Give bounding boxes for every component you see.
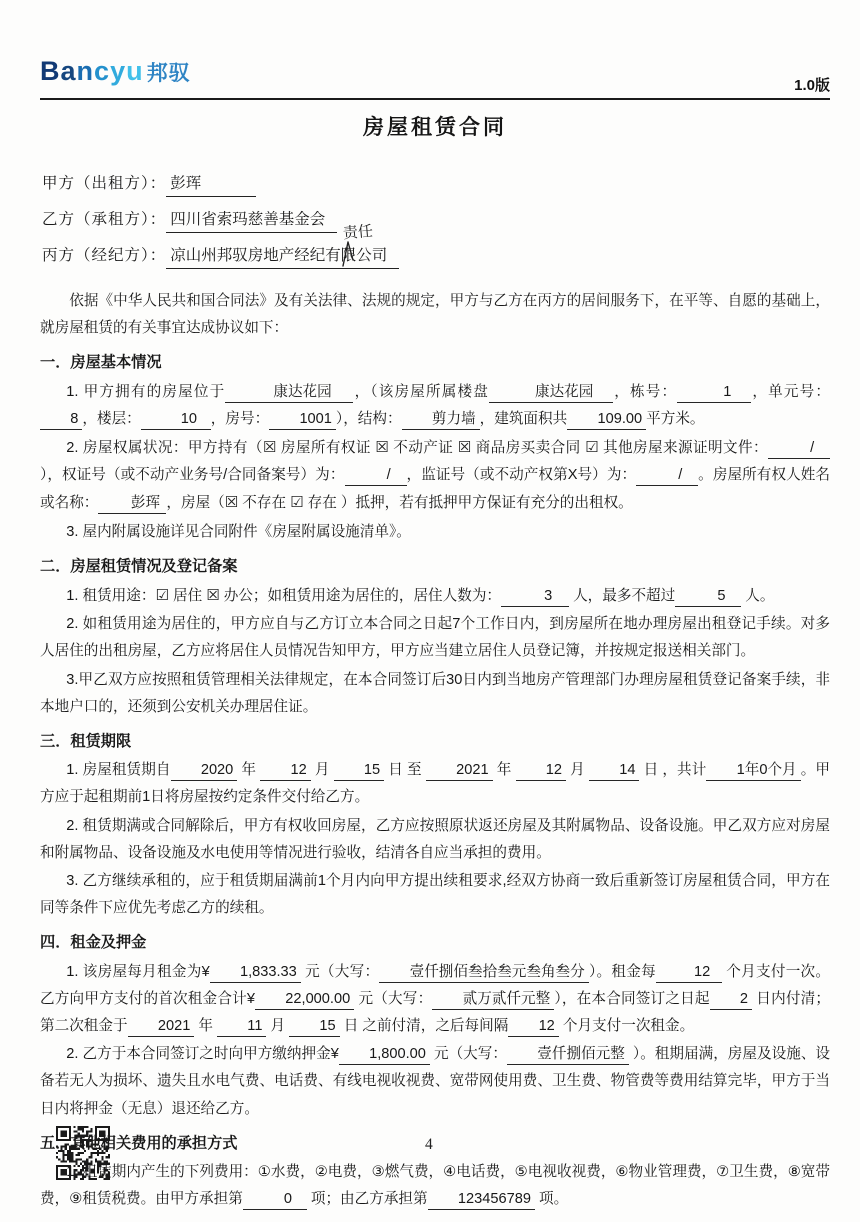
fill-blank: 10 [141,410,211,430]
checkbox-checked-icon: ☑ [155,587,168,604]
brand-logo-latin: Bancyu [40,56,144,86]
brand-letter: a [61,56,77,86]
header-divider [40,98,830,100]
fill-blank: 1 [677,383,751,403]
party-row: 乙方（承租方）：四川省索玛慈善基金会 [42,202,830,238]
fill-blank: 2021 [426,761,493,781]
fill-blank: 2021 [128,1017,195,1037]
fill-blank: 11 [217,1017,266,1037]
sections-block: 一．房屋基本情况1. 甲方拥有的房屋位于康达花园，（该房屋所属楼盘康达花园，栋号… [40,349,830,1213]
fill-blank: 22,000.00 [255,990,354,1010]
fill-blank: 剪力墙 [402,410,480,430]
fill-blank: 3 [501,587,569,607]
handwritten-insertion: 责任 [343,225,374,242]
party-row: 甲方（出租方）：彭珲 [42,166,830,202]
party-value: 彭珲 [166,173,256,197]
brand-logo-cjk: 邦驭 [147,62,191,85]
fill-blank: / [636,466,698,486]
intro-paragraph: 依据《中华人民共和国合同法》及有关法律、法规的规定，甲方与乙方在丙方的居间服务下… [40,288,830,342]
fill-blank: 1001 [269,410,336,430]
version-label: 1.0版 [794,74,830,95]
fill-blank: 109.00 [567,410,646,430]
clause-paragraph: 1. 租赁期内产生的下列费用：①水费，②电费，③燃气费，④电话费，⑤电视收视费，… [40,1159,830,1213]
party-value: 四川省索玛慈善基金会 [166,209,337,233]
page-number: 4 [425,1136,433,1154]
fill-blank: 15 [334,761,385,781]
brand-letter: y [110,56,126,86]
checkbox-crossed-icon: ☒ [375,439,388,456]
fill-blank: 康达花园 [225,383,353,403]
clause-paragraph: 1. 甲方拥有的房屋位于康达花园，（该房屋所属楼盘康达花园，栋号：1，单元号：8… [40,379,830,433]
clause-paragraph: 2. 租赁期满或合同解除后，甲方有权收回房屋，乙方应按照原状返还房屋及其附属物品… [40,813,830,867]
insertion-caret-mark [340,241,355,275]
section-heading: 五．其他相关费用的承担方式 [40,1130,830,1157]
contract-title: 房屋租赁合同 [40,111,830,141]
clause-paragraph: 1. 租赁用途：☑ 居住 ☒ 办公；如租赁用途为居住的，居住人数为：3 人，最多… [40,582,830,610]
fill-blank: / [768,439,830,459]
fill-blank: 壹仟捌佰叁拾叁元叁角叁分 [379,963,588,983]
brand-letter: B [40,56,61,86]
fill-blank: 2020 [171,761,238,781]
brand-letter: u [126,56,144,86]
fill-blank: 8 [40,410,82,430]
clause-paragraph: 3.甲乙双方应按照租赁管理相关法律规定，在本合同签订后30日内到当地房产管理部门… [40,667,830,721]
fill-blank: 壹仟捌佰元整 [507,1045,629,1065]
fill-blank: 1,800.00 [339,1045,430,1065]
section-heading: 三．租赁期限 [40,728,830,755]
party-label: 丙方（经纪方）： [42,247,166,264]
fill-blank: 123456789 [428,1190,535,1210]
fill-blank: 5 [675,587,741,607]
checkbox-crossed-icon: ☒ [263,439,276,456]
fill-blank: 14 [589,761,640,781]
clause-paragraph: 2. 如租赁用途为居住的，甲方应自与乙方订立本合同之日起7个工作日内，到房屋所在… [40,611,830,665]
checkbox-checked-icon: ☑ [290,494,303,511]
clause-paragraph: 2. 乙方于本合同签订之时向甲方缴纳押金¥1,800.00 元（大写：壹仟捌佰元… [40,1041,830,1123]
clause-paragraph: 1. 房屋租赁期自2020 年 12 月 15 日 至 2021 年 12 月 … [40,757,830,811]
qr-code [56,1126,110,1180]
party-label: 甲方（出租方）： [42,175,166,192]
brand-letter: c [94,56,110,86]
fill-blank: 12 [260,761,311,781]
brand-letter: n [77,56,95,86]
fill-blank: 12 [656,963,722,983]
checkbox-crossed-icon: ☒ [458,439,471,456]
clause-paragraph: 1. 该房屋每月租金为¥1,833.33 元（大写：壹仟捌佰叁拾叁元叁角叁分）。… [40,959,830,1041]
contract-body: 依据《中华人民共和国合同法》及有关法律、法规的规定，甲方与乙方在丙方的居间服务下… [0,274,860,1214]
checkbox-crossed-icon: ☒ [206,587,219,604]
fill-blank: 1,833.33 [210,963,301,983]
fill-blank: 12 [508,1017,559,1037]
section-heading: 一．房屋基本情况 [40,349,830,376]
party-label: 乙方（承租方）： [42,211,166,228]
fill-blank: 15 [289,1017,340,1037]
section-heading: 二．房屋租赁情况及登记备案 [40,553,830,580]
section-heading: 四．租金及押金 [40,929,830,956]
party-value: 凉山州邦驭房地产经纪有限公司责任 [166,245,399,269]
fill-blank: 0 [243,1190,307,1210]
clause-paragraph: 2. 房屋权属状况：甲方持有（☒ 房屋所有权证 ☒ 不动产证 ☒ 商品房买卖合同… [40,434,830,518]
clause-paragraph: 3. 乙方继续承租的，应于租赁期届满前1个月内向甲方提出续租要求,经双方协商一致… [40,868,830,922]
contract-page: Bancyu邦驭 1.0版 房屋租赁合同 甲方（出租方）：彭珲乙方（承租方）：四… [0,0,860,1222]
checkbox-crossed-icon: ☒ [225,494,238,511]
brand-logo: Bancyu邦驭 [40,56,830,89]
fill-blank: 康达花园 [489,383,613,403]
fill-blank: 1年0个月 [706,761,800,781]
fill-blank: 彭珲 [98,494,166,514]
party-row: 丙方（经纪方）：凉山州邦驭房地产经纪有限公司责任 [42,238,830,274]
fill-blank: 12 [516,761,567,781]
fill-blank: / [345,466,407,486]
parties-block: 甲方（出租方）：彭珲乙方（承租方）：四川省索玛慈善基金会丙方（经纪方）：凉山州邦… [42,166,830,274]
fill-blank: 2 [710,990,752,1010]
fill-blank: 贰万贰仟元整 [432,990,554,1010]
page-header: Bancyu邦驭 1.0版 房屋租赁合同 [0,0,860,141]
checkbox-checked-icon: ☑ [585,439,598,456]
clause-paragraph: 3. 屋内附属设施详见合同附件《房屋附属设施清单》。 [40,519,830,546]
